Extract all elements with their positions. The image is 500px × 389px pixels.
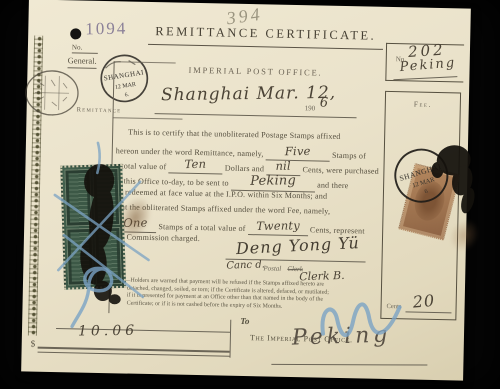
blue-crayon-squiggle bbox=[317, 288, 408, 354]
remittance-column-label: Remittance bbox=[77, 106, 122, 114]
destination-rule bbox=[271, 364, 427, 366]
blue-crayon-loop bbox=[64, 262, 145, 334]
shanghai-datestamp-left: SHANGHAI 12 MAR 6. bbox=[93, 48, 155, 110]
dateline-year-digit: 6 bbox=[320, 96, 329, 111]
currency-sign: $ bbox=[31, 339, 36, 349]
body-frame-corner-rule bbox=[112, 117, 182, 119]
fee-label: Fee. bbox=[385, 99, 461, 110]
corner-no-label: No. bbox=[72, 43, 99, 54]
office-subtitle: IMPERIAL POST OFFICE. bbox=[165, 64, 345, 78]
cds-date: 12 MAR bbox=[115, 82, 137, 91]
dateline-printed-year: 190 bbox=[305, 104, 316, 112]
certificate-title: REMITTANCE CERTIFICATE. bbox=[148, 24, 383, 50]
signature-hand-note: Canc d. bbox=[226, 259, 265, 271]
dateline-handwritten: Shanghai Mar. 12, bbox=[161, 83, 336, 105]
amount-box-vertical-rule bbox=[229, 320, 231, 358]
amount-rule bbox=[38, 352, 230, 357]
to-label: To bbox=[240, 316, 249, 326]
dateline-rule bbox=[155, 113, 357, 118]
obliteration-ink-right bbox=[418, 142, 484, 221]
punch-hole-dot bbox=[70, 28, 81, 39]
photo-background: 1094 No. General. SHANGHAI 12 MAR 6. Rem… bbox=[0, 0, 500, 389]
peking-oval-postmark bbox=[22, 67, 81, 120]
blank-fee-value: Twenty bbox=[248, 220, 308, 236]
cds-city: SHANGHAI bbox=[103, 68, 144, 82]
control-number: 1094 bbox=[85, 19, 127, 40]
blank-dollars: Ten bbox=[169, 158, 223, 174]
general-label: General. bbox=[68, 55, 97, 69]
cds-year: 6. bbox=[124, 92, 130, 99]
certificate-paper: 1094 No. General. SHANGHAI 12 MAR 6. Rem… bbox=[21, 0, 471, 381]
cents-value: 20 bbox=[412, 291, 436, 312]
signature-printed-title: Postal bbox=[263, 264, 281, 272]
